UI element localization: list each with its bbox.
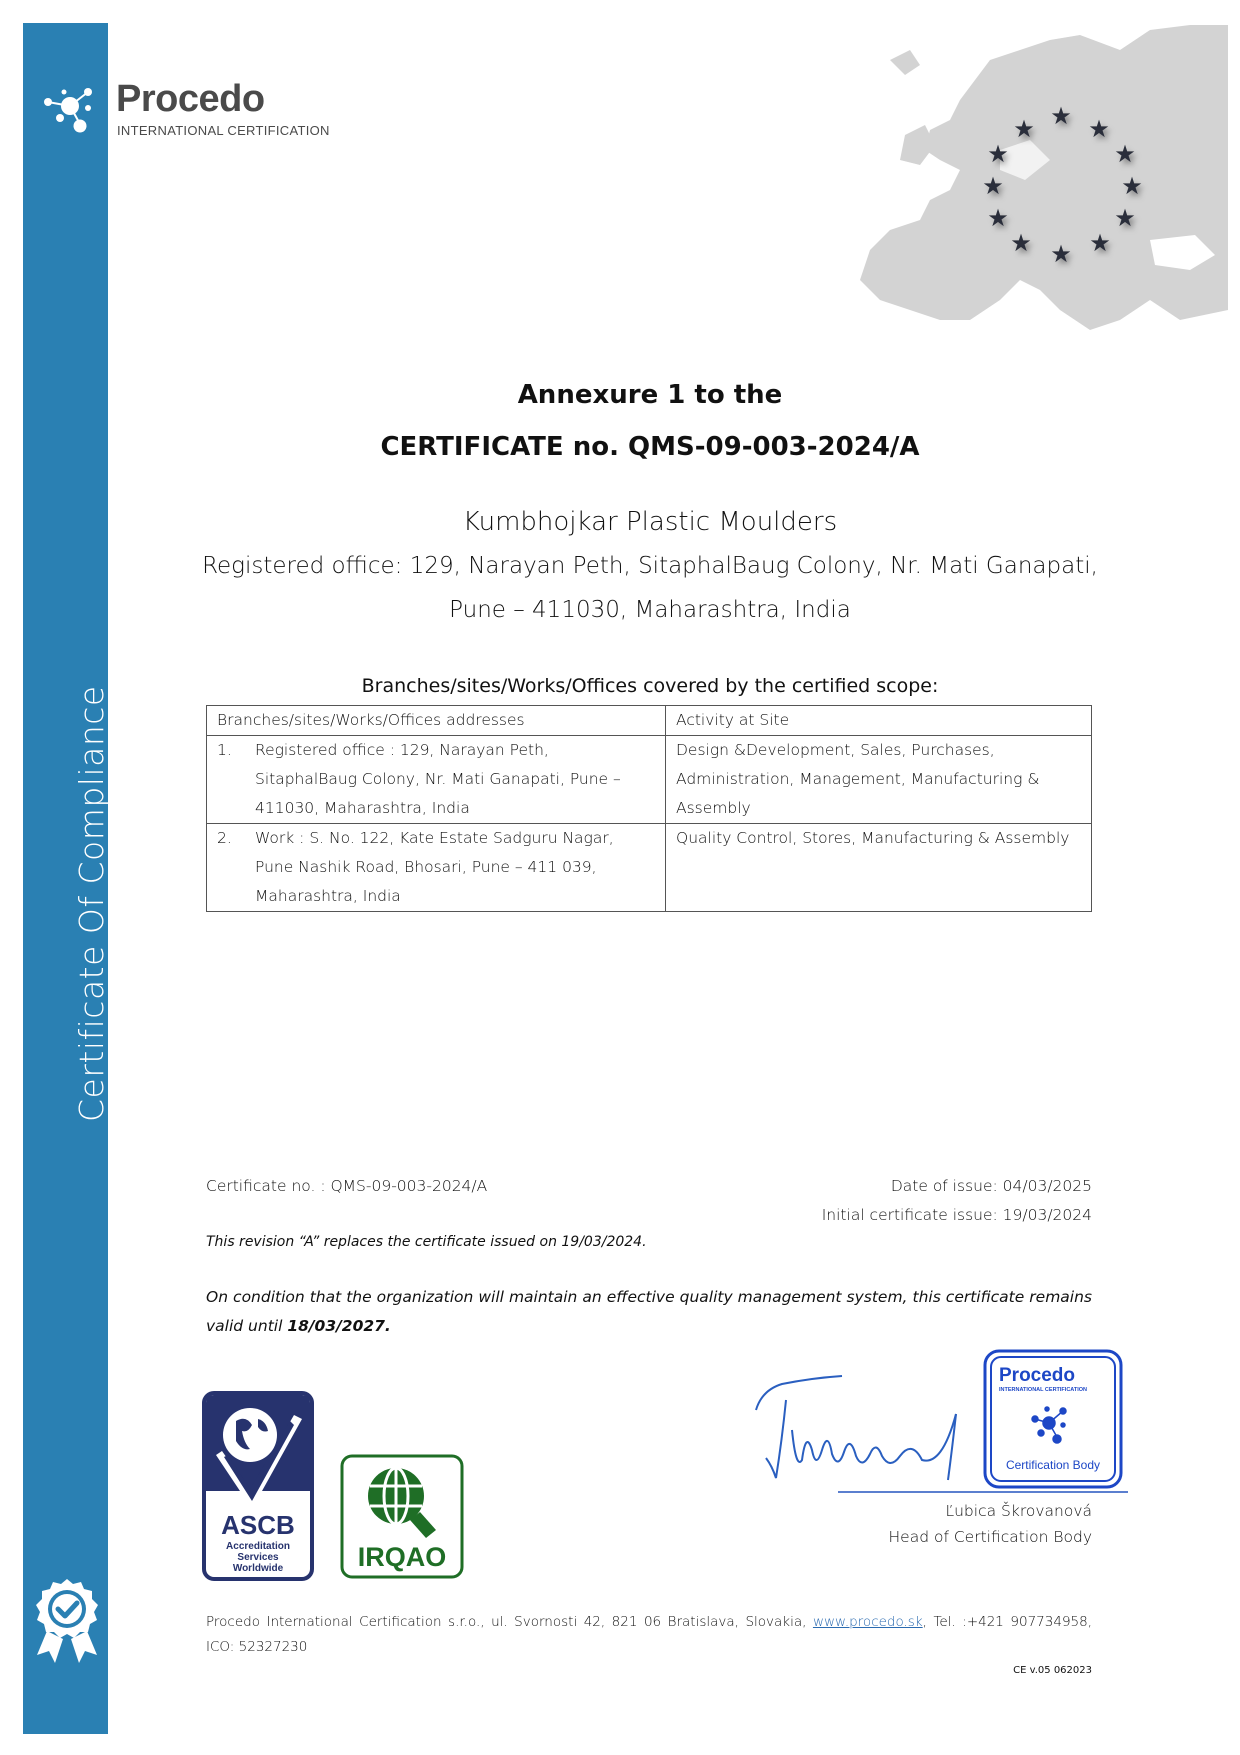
initial-certificate-issue: Initial certificate issue: 19/03/2024 xyxy=(822,1206,1092,1224)
site-address-cell: 2.Work : S. No. 122, Kate Estate Sadguru… xyxy=(207,824,666,912)
irqao-logo: IRQAO xyxy=(340,1454,464,1579)
column-header-addresses: Branches/sites/Works/Offices addresses xyxy=(207,706,666,736)
organization-address-line2: Pune – 411030, Maharashtra, India xyxy=(200,597,1100,623)
column-header-activity: Activity at Site xyxy=(666,706,1092,736)
brand-subtitle: INTERNATIONAL CERTIFICATION xyxy=(117,123,330,138)
europe-map-with-stars: ★ ★ ★ ★ ★ ★ ★ ★ ★ ★ ★ ★ xyxy=(850,20,1230,340)
certification-body-stamp: Procedo INTERNATIONAL CERTIFICATION Cert… xyxy=(983,1349,1123,1489)
revision-note: This revision “A” replaces the certifica… xyxy=(206,1234,647,1250)
award-badge-icon xyxy=(33,1577,101,1673)
svg-text:★: ★ xyxy=(987,140,1009,168)
date-of-issue: Date of issue: 04/03/2025 xyxy=(891,1177,1092,1195)
website-link[interactable]: www.procedo.sk xyxy=(813,1614,923,1630)
footer-text: Procedo International Certification s.r.… xyxy=(206,1614,813,1630)
svg-text:Worldwide: Worldwide xyxy=(233,1563,284,1574)
svg-text:Accreditation: Accreditation xyxy=(226,1541,290,1552)
validity-statement: On condition that the organization will … xyxy=(206,1283,1092,1341)
brand-name: Procedo xyxy=(116,78,265,121)
form-version: CE v.05 062023 xyxy=(1013,1665,1092,1676)
annexure-title: Annexure 1 to the xyxy=(200,380,1100,410)
row-number: 1. xyxy=(217,736,255,765)
svg-text:Certification Body: Certification Body xyxy=(1006,1458,1100,1472)
svg-text:★: ★ xyxy=(1089,229,1111,257)
footer-contact: Procedo International Certification s.r.… xyxy=(206,1610,1092,1660)
signature xyxy=(752,1370,982,1490)
organization-address-line1: Registered office: 129, Narayan Peth, Si… xyxy=(196,553,1104,579)
svg-text:ASCB: ASCB xyxy=(221,1510,295,1540)
svg-text:★: ★ xyxy=(1050,102,1072,130)
site-address: Work : S. No. 122, Kate Estate Sadguru N… xyxy=(255,824,650,911)
svg-text:★: ★ xyxy=(982,172,1004,200)
signer-role: Head of Certification Body xyxy=(889,1528,1092,1546)
scope-table: Branches/sites/Works/Offices addresses A… xyxy=(206,705,1092,912)
svg-text:Procedo: Procedo xyxy=(999,1365,1075,1386)
table-row: 2.Work : S. No. 122, Kate Estate Sadguru… xyxy=(207,824,1092,912)
signature-line xyxy=(838,1491,1128,1493)
svg-text:★: ★ xyxy=(1121,172,1143,200)
row-number: 2. xyxy=(217,824,255,853)
svg-text:★: ★ xyxy=(987,204,1009,232)
svg-text:IRQAO: IRQAO xyxy=(358,1542,447,1572)
organization-name: Kumbhojkar Plastic Moulders xyxy=(200,507,1100,537)
table-header-row: Branches/sites/Works/Offices addresses A… xyxy=(207,706,1092,736)
certificate-number: Certificate no. : QMS-09-003-2024/A xyxy=(206,1177,487,1195)
svg-text:★: ★ xyxy=(1088,115,1110,143)
svg-text:★: ★ xyxy=(1114,204,1136,232)
procedo-molecule-icon xyxy=(42,88,98,136)
ascb-accreditation-logo: ASCB Accreditation Services Worldwide xyxy=(202,1391,314,1581)
signer-name: Ľubica Škrovanová xyxy=(945,1502,1092,1520)
sidebar-title: Certificate Of Compliance xyxy=(72,685,111,1122)
site-address: Registered office : 129, Narayan Peth, S… xyxy=(255,736,650,823)
svg-text:★: ★ xyxy=(1010,229,1032,257)
svg-text:★: ★ xyxy=(1050,240,1072,268)
svg-text:Services: Services xyxy=(237,1552,279,1563)
svg-text:INTERNATIONAL CERTIFICATION: INTERNATIONAL CERTIFICATION xyxy=(999,1387,1087,1393)
valid-until-date: 18/03/2027. xyxy=(287,1317,391,1335)
svg-text:★: ★ xyxy=(1013,115,1035,143)
site-activity: Quality Control, Stores, Manufacturing &… xyxy=(666,824,1092,912)
site-activity: Design &Development, Sales, Purchases, A… xyxy=(666,736,1092,824)
svg-text:★: ★ xyxy=(1114,140,1136,168)
table-row: 1.Registered office : 129, Narayan Peth,… xyxy=(207,736,1092,824)
scope-caption: Branches/sites/Works/Offices covered by … xyxy=(200,675,1100,697)
site-address-cell: 1.Registered office : 129, Narayan Peth,… xyxy=(207,736,666,824)
certificate-number-title: CERTIFICATE no. QMS-09-003-2024/A xyxy=(200,432,1100,462)
